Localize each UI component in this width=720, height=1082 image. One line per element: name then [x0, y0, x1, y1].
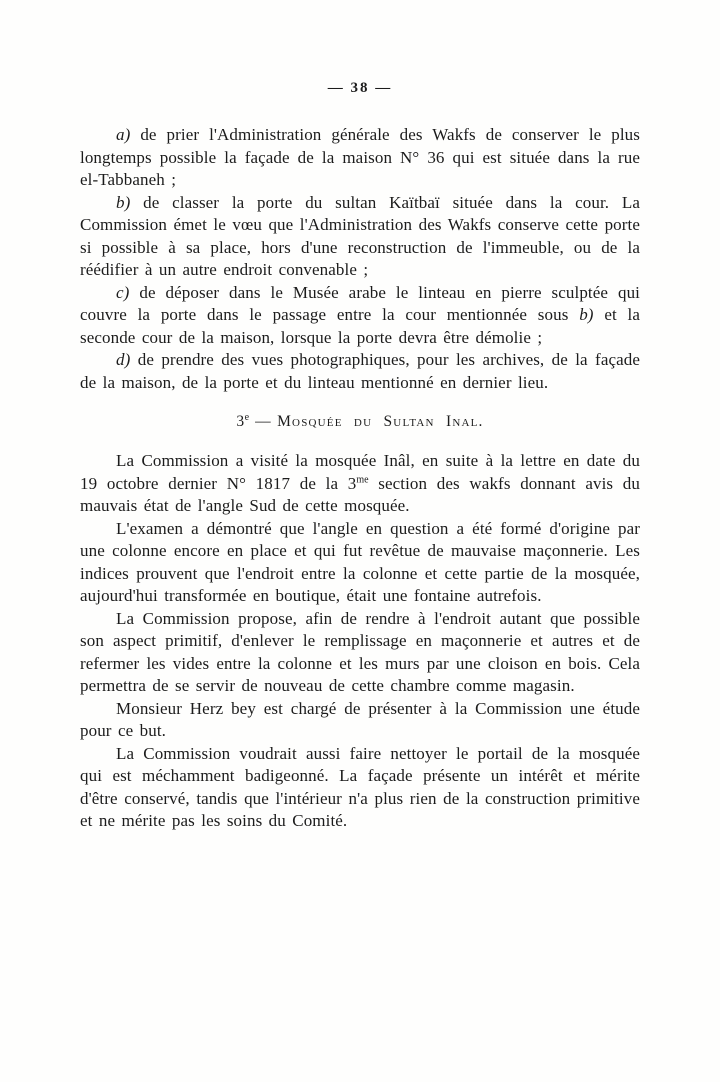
item-marker: d): [116, 350, 130, 369]
resolution-item-a: a) de prier l'Administration générale de…: [80, 124, 640, 192]
section-paragraph-5: La Commission voudrait aussi faire netto…: [80, 743, 640, 833]
item-text: de déposer dans le Musée arabe le lintea…: [80, 283, 640, 325]
scanned-document-page: — 38 — a) de prier l'Administration géné…: [0, 0, 720, 1082]
section-paragraph-1: La Commission a visité la mosquée Inâl, …: [80, 450, 640, 518]
heading-ordinal: 3: [236, 413, 244, 430]
ordinal-suffix: me: [356, 474, 368, 485]
item-text: de prier l'Administration générale des W…: [80, 125, 640, 189]
paragraph-text: L'examen a démontré que l'angle en quest…: [80, 519, 640, 606]
resolution-item-b: b) de classer la porte du sultan Kaïtbaï…: [80, 192, 640, 282]
section-paragraph-3: La Commission propose, afin de rendre à …: [80, 608, 640, 698]
resolution-item-c: c) de déposer dans le Musée arabe le lin…: [80, 282, 640, 350]
section-paragraph-2: L'examen a démontré que l'angle en quest…: [80, 518, 640, 608]
section-paragraph-4: Monsieur Herz bey est chargé de présente…: [80, 698, 640, 743]
item-marker: c): [116, 283, 129, 302]
heading-dash: —: [249, 413, 277, 430]
text-block: — 38 — a) de prier l'Administration géné…: [80, 80, 640, 833]
section-heading: 3e—Mosquée du Sultan Inal.: [80, 413, 640, 431]
heading-title: Mosquée du Sultan Inal.: [277, 413, 484, 430]
item-text: de prendre des vues photographiques, pou…: [80, 350, 640, 392]
item-text: de classer la porte du sultan Kaïtbaï si…: [80, 193, 640, 280]
paragraph-text: Monsieur Herz bey est chargé de présente…: [80, 699, 640, 741]
page-number: — 38 —: [80, 80, 640, 97]
item-ref-marker: b): [579, 305, 593, 324]
paragraph-text: La Commission propose, afin de rendre à …: [80, 609, 640, 696]
item-marker: b): [116, 193, 130, 212]
resolution-item-d: d) de prendre des vues photographiques, …: [80, 349, 640, 394]
item-marker: a): [116, 125, 130, 144]
paragraph-text: La Commission voudrait aussi faire netto…: [80, 744, 640, 831]
